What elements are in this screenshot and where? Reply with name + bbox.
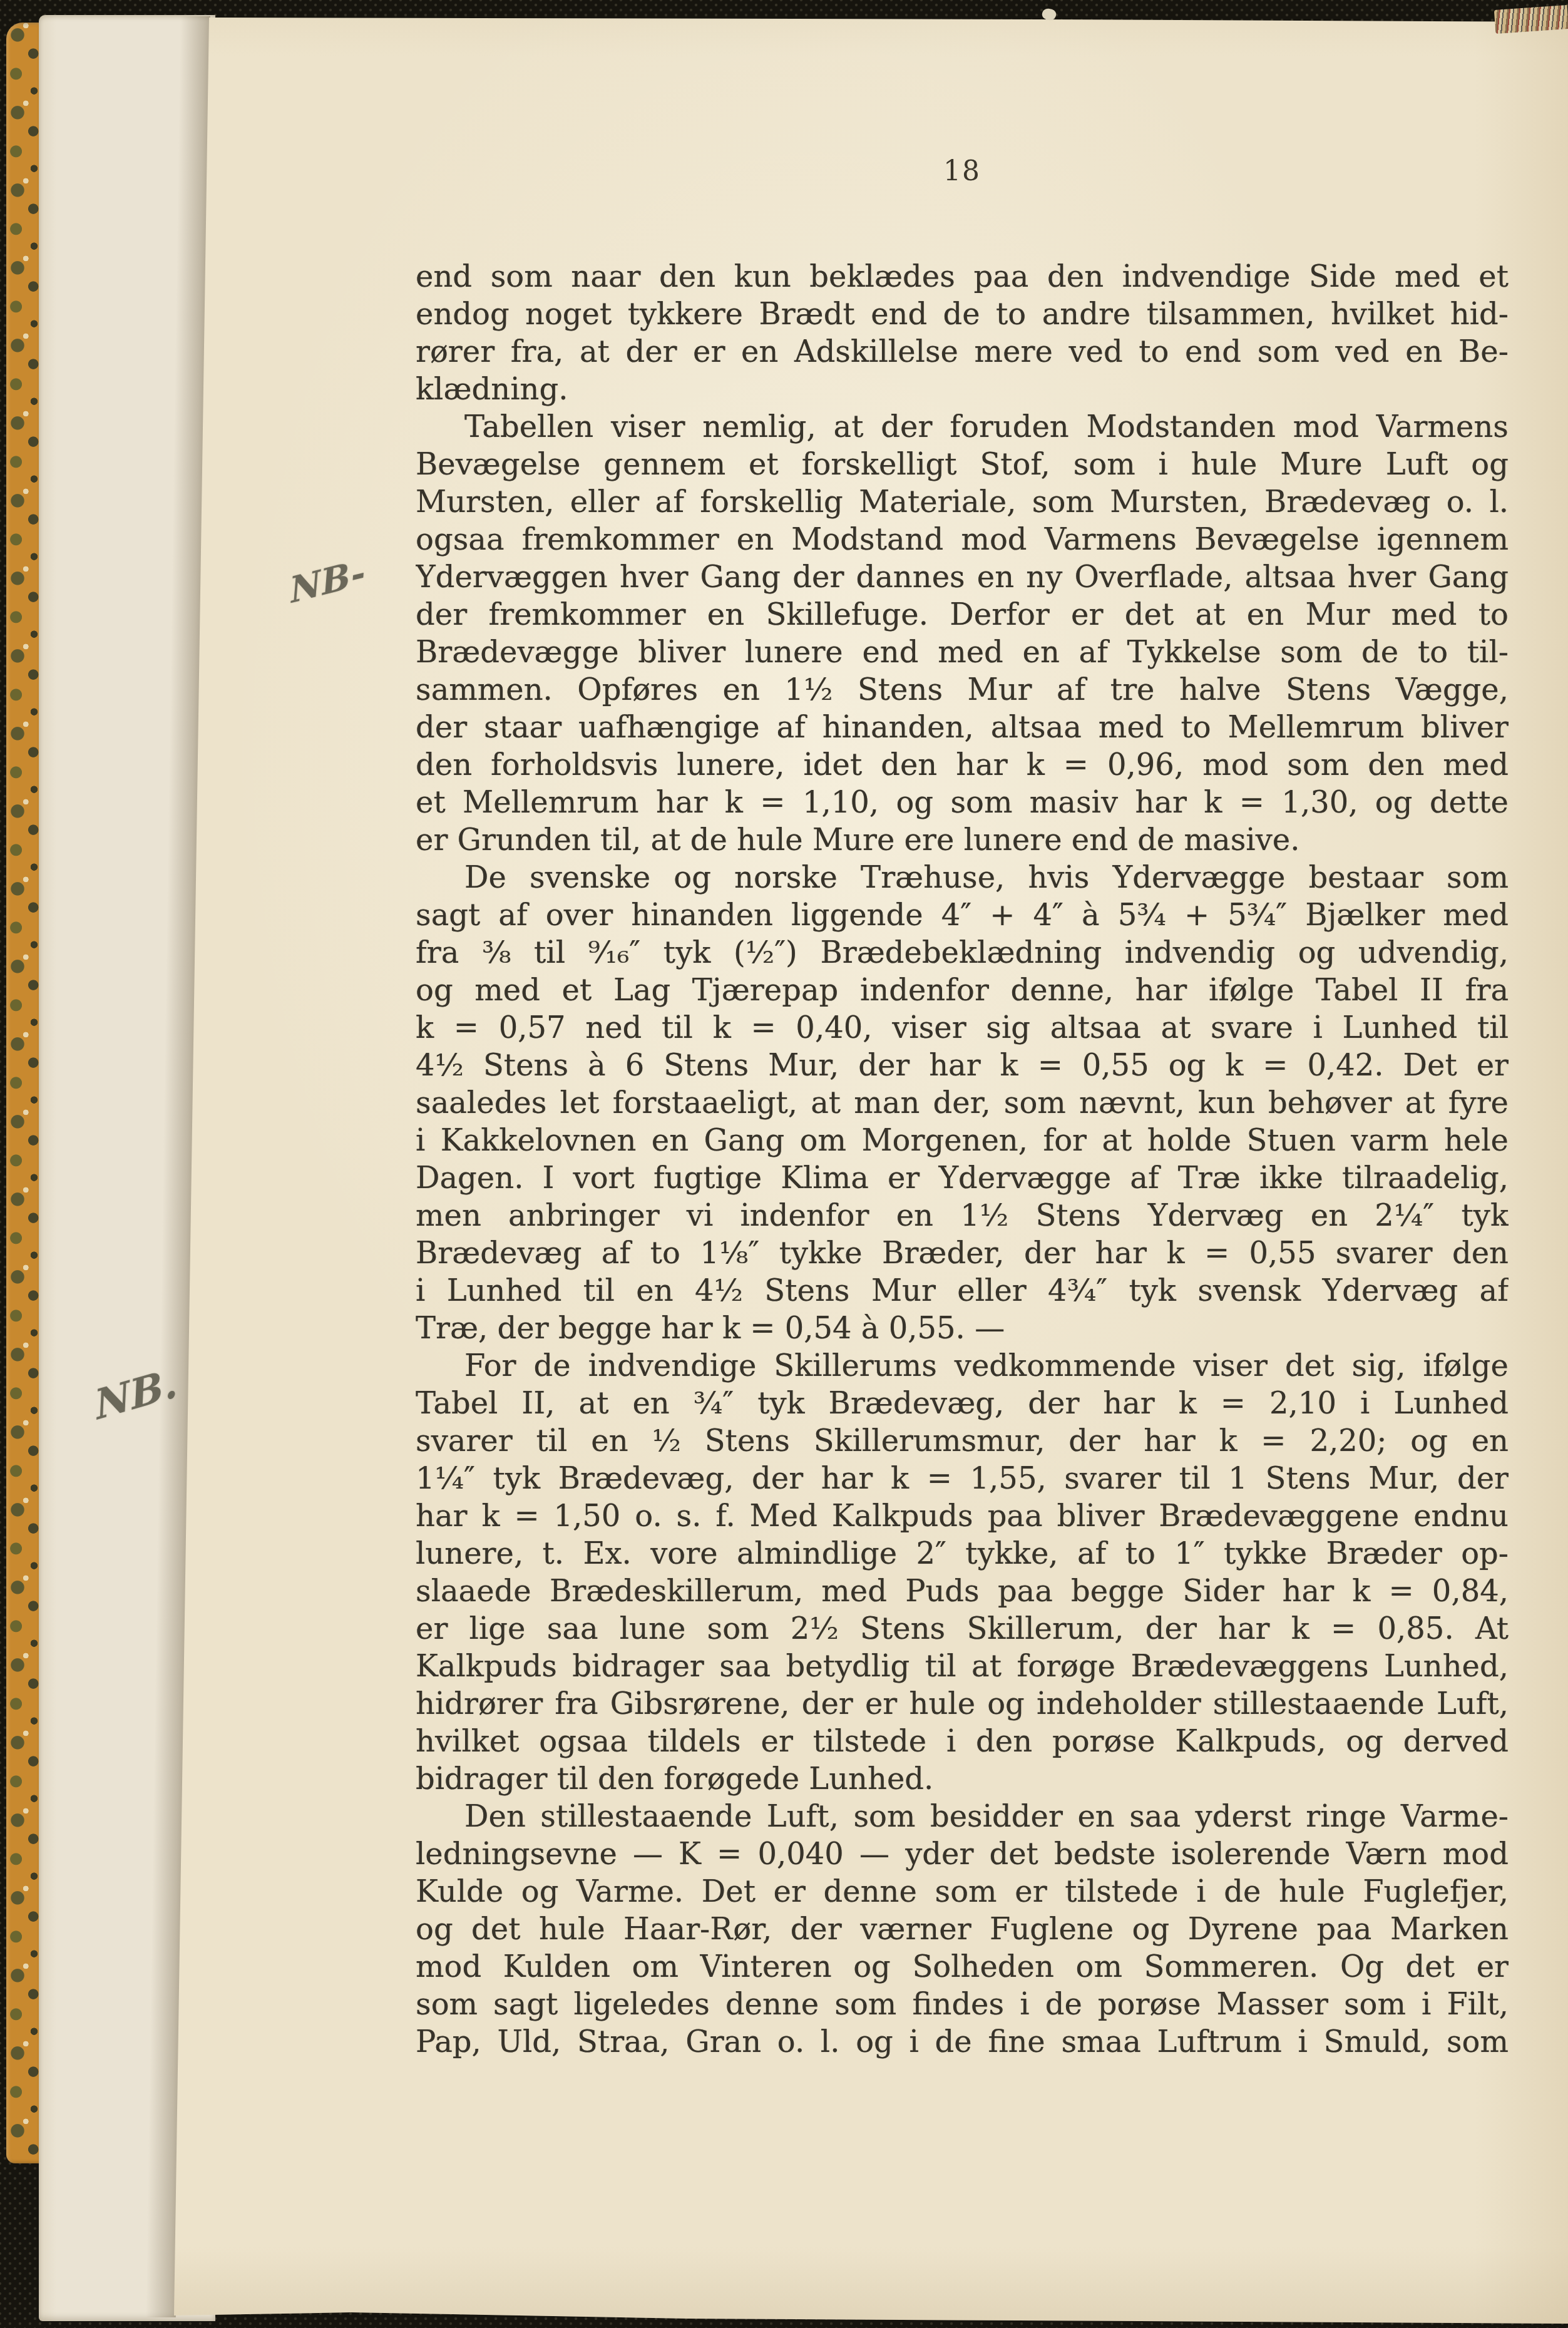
text-line: Tabel II, at en ³⁄₄″ tyk Brædevæg, der h… xyxy=(416,1385,1509,1422)
text-line: De svenske og norske Træhuse, hvis Yderv… xyxy=(416,859,1509,896)
paragraph: De svenske og norske Træhuse, hvis Yderv… xyxy=(416,859,1509,1347)
text-line: saaledes let forstaaeligt, at man der, s… xyxy=(416,1084,1509,1122)
paragraph: For de indvendige Skillerums vedkommende… xyxy=(416,1347,1509,1798)
text-line: Brædevægge bliver lunere end med en af T… xyxy=(416,633,1509,671)
marbled-cover-edge xyxy=(6,23,44,2163)
text-line: Træ, der begge har k = 0,54 à 0,55. — xyxy=(416,1310,1509,1347)
text-line: Brædevæg af to 1¹⁄₈″ tykke Bræder, der h… xyxy=(416,1234,1509,1272)
text-line: et Mellemrum har k = 1,10, og som masiv … xyxy=(416,784,1509,821)
text-line: har k = 1,50 o. s. f. Med Kalkpuds paa b… xyxy=(416,1497,1509,1535)
text-line: og det hule Haar-Rør, der værner Fuglene… xyxy=(416,1910,1509,1948)
text-line: rører fra, at der er en Adskillelse mere… xyxy=(416,333,1509,371)
text-line: Kulde og Varme. Det er denne som er tils… xyxy=(416,1873,1509,1910)
text-line: sagt af over hinanden liggende 4″ + 4″ à… xyxy=(416,896,1509,934)
text-line: hvilket ogsaa tildels er tilstede i den … xyxy=(416,1723,1509,1760)
text-line: 1¹⁄₄″ tyk Brædevæg, der har k = 1,55, sv… xyxy=(416,1460,1509,1497)
text-line: Mursten, eller af forskellig Materiale, … xyxy=(416,483,1509,521)
text-line: men anbringer vi indenfor en 1¹⁄₂ Stens … xyxy=(416,1197,1509,1234)
text-line: endog noget tykkere Brædt end de to andr… xyxy=(416,295,1509,333)
text-line: mod Kulden om Vinteren og Solheden om So… xyxy=(416,1948,1509,1986)
text-line: fra ³⁄₈ til ⁹⁄₁₆″ tyk (¹⁄₂″) Brædebeklæd… xyxy=(416,934,1509,972)
text-line: som sagt ligeledes denne som findes i de… xyxy=(416,1986,1509,2023)
paragraph: Tabellen viser nemlig, at der foruden Mo… xyxy=(416,408,1509,859)
text-line: Tabellen viser nemlig, at der foruden Mo… xyxy=(416,408,1509,446)
text-line: lunere, t. Ex. vore almindlige 2″ tykke,… xyxy=(416,1535,1509,1572)
text-line: Den stillestaaende Luft, som besidder en… xyxy=(416,1798,1509,1835)
text-line: klædning. xyxy=(416,371,1509,408)
text-line: hidrører fra Gibsrørene, der er hule og … xyxy=(416,1685,1509,1723)
text-line: den forholdsvis lunere, idet den har k =… xyxy=(416,746,1509,784)
text-line: slaaede Brædeskillerum, med Puds paa beg… xyxy=(416,1572,1509,1610)
paragraph: end som naar den kun beklædes paa den in… xyxy=(416,258,1509,408)
text-line: svarer til en ¹⁄₂ Stens Skillerumsmur, d… xyxy=(416,1422,1509,1460)
text-line: sammen. Opføres en 1¹⁄₂ Stens Mur af tre… xyxy=(416,671,1509,709)
text-line: i Kakkelovnen en Gang om Morgenen, for a… xyxy=(416,1122,1509,1159)
text-line: For de indvendige Skillerums vedkommende… xyxy=(416,1347,1509,1385)
text-line: 4¹⁄₂ Stens à 6 Stens Mur, der har k = 0,… xyxy=(416,1047,1509,1084)
text-line: og med et Lag Tjærepap indenfor denne, h… xyxy=(416,972,1509,1009)
text-line: bidrager til den forøgede Lunhed. xyxy=(416,1760,1509,1798)
text-line: der fremkommer en Skillefuge. Derfor er … xyxy=(416,596,1509,633)
text-line: er lige saa lune som 2¹⁄₂ Stens Skilleru… xyxy=(416,1610,1509,1648)
text-line: ledningsevne — K = 0,040 — yder det beds… xyxy=(416,1835,1509,1873)
text-line: Ydervæggen hver Gang der dannes en ny Ov… xyxy=(416,558,1509,596)
text-line: Kalkpuds bidrager saa betydlig til at fo… xyxy=(416,1648,1509,1685)
text-line: k = 0,57 ned til k = 0,40, viser sig alt… xyxy=(416,1009,1509,1047)
text-line: er Grunden til, at de hule Mure ere lune… xyxy=(416,821,1509,859)
text-line: i Lunhed til en 4¹⁄₂ Stens Mur eller 4³⁄… xyxy=(416,1272,1509,1310)
text-block: end som naar den kun beklædes paa den in… xyxy=(416,258,1509,2061)
text-line: Bevægelse gennem et forskelligt Stof, so… xyxy=(416,446,1509,483)
paragraph: Den stillestaaende Luft, som besidder en… xyxy=(416,1798,1509,2061)
page-edges-top-right xyxy=(1494,5,1568,34)
text-line: Pap, Uld, Straa, Gran o. l. og i de fine… xyxy=(416,2023,1509,2061)
page-number: 18 xyxy=(416,154,1509,189)
text-line: Dagen. I vort fugtige Klima er Ydervægge… xyxy=(416,1159,1509,1197)
text-line: ogsaa fremkommer en Modstand mod Varmens… xyxy=(416,521,1509,558)
text-line: end som naar den kun beklædes paa den in… xyxy=(416,258,1509,295)
text-line: der staar uafhængige af hinanden, altsaa… xyxy=(416,709,1509,746)
